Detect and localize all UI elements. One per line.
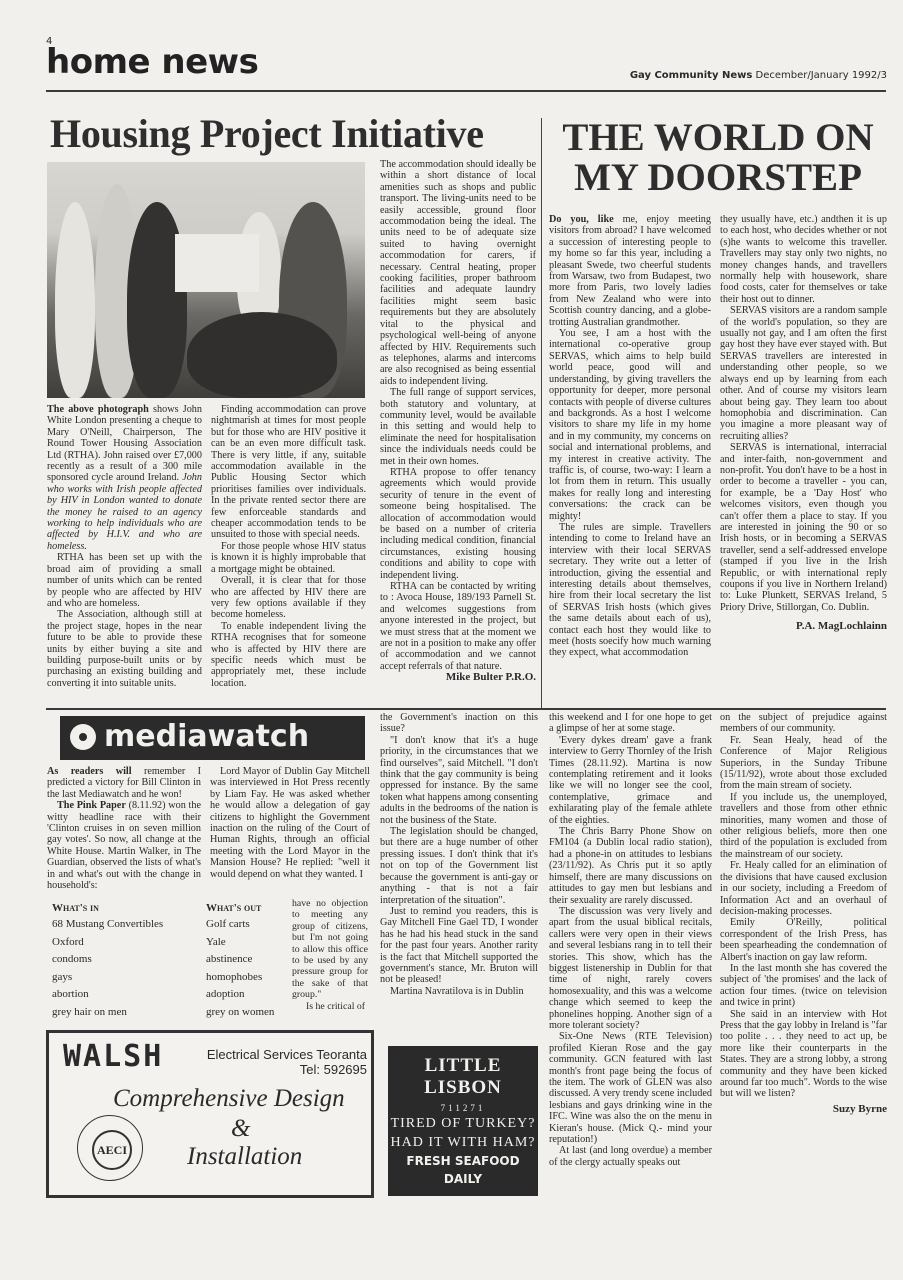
world-byline: P.A. MagLochlainn [720, 621, 887, 632]
walsh-company: Electrical Services Teoranta Tel: 592695 [207, 1047, 367, 1077]
housing-col-1: The above photograph shows John White Lo… [47, 404, 202, 689]
mediawatch-col-5: on the subject of prejudice against memb… [720, 712, 887, 1115]
cheque [175, 234, 259, 292]
housing-headline: Housing Project Initiative [50, 110, 484, 157]
publication-name: Gay Community News [630, 70, 753, 81]
mediawatch-banner: mediawatch [60, 716, 365, 760]
mediawatch-byline: Suzy Byrne [720, 1104, 887, 1115]
aeci-badge-icon: AECI [77, 1115, 143, 1181]
divider [46, 90, 886, 92]
eye-icon [70, 724, 96, 750]
housing-col-2: Finding accommodation can prove nightmar… [211, 404, 366, 689]
divider [46, 708, 886, 710]
housing-col-3: The accommodation should ideally be with… [380, 159, 536, 684]
mediawatch-col-4: this weekend and I for one hope to get a… [549, 712, 712, 1168]
whats-in-list: What's in 68 Mustang Convertibles Oxford… [52, 902, 192, 1023]
mediawatch-col-2: Lord Mayor of Dublin Gay Mitchell was in… [210, 766, 370, 880]
mediawatch-col-3: the Government's inaction on this issue?… [380, 712, 538, 997]
world-col-2: they usually have, etc.) andthen it is u… [720, 214, 887, 633]
little-lisbon-advert: LITTLE LISBON 711271 TIRED OF TURKEY? HA… [388, 1046, 538, 1196]
section-title: home news [46, 42, 258, 82]
mediawatch-col-1: As readers will remember I predicted a v… [47, 766, 201, 891]
mediawatch-col-2-side: have no objection to meeting any group o… [292, 898, 368, 1012]
walsh-advert: WALSH Electrical Services Teoranta Tel: … [46, 1030, 374, 1198]
group-photo [47, 162, 365, 398]
column-divider [541, 118, 542, 708]
caption-lead: The above photograph [47, 404, 149, 415]
walsh-logo: WALSH [63, 1039, 163, 1074]
world-headline: THE WORLD ON MY DOORSTEP [548, 118, 888, 198]
masthead: Gay Community News December/January 1992… [630, 70, 887, 81]
issue-date: December/January 1992/3 [756, 70, 888, 81]
world-col-1: Do you, like me, enjoy meeting visitors … [549, 214, 711, 659]
whats-out-list: What's out Golf carts Yale abstinence ho… [206, 902, 296, 1023]
housing-byline: Mike Bulter P.R.O. [380, 672, 536, 683]
